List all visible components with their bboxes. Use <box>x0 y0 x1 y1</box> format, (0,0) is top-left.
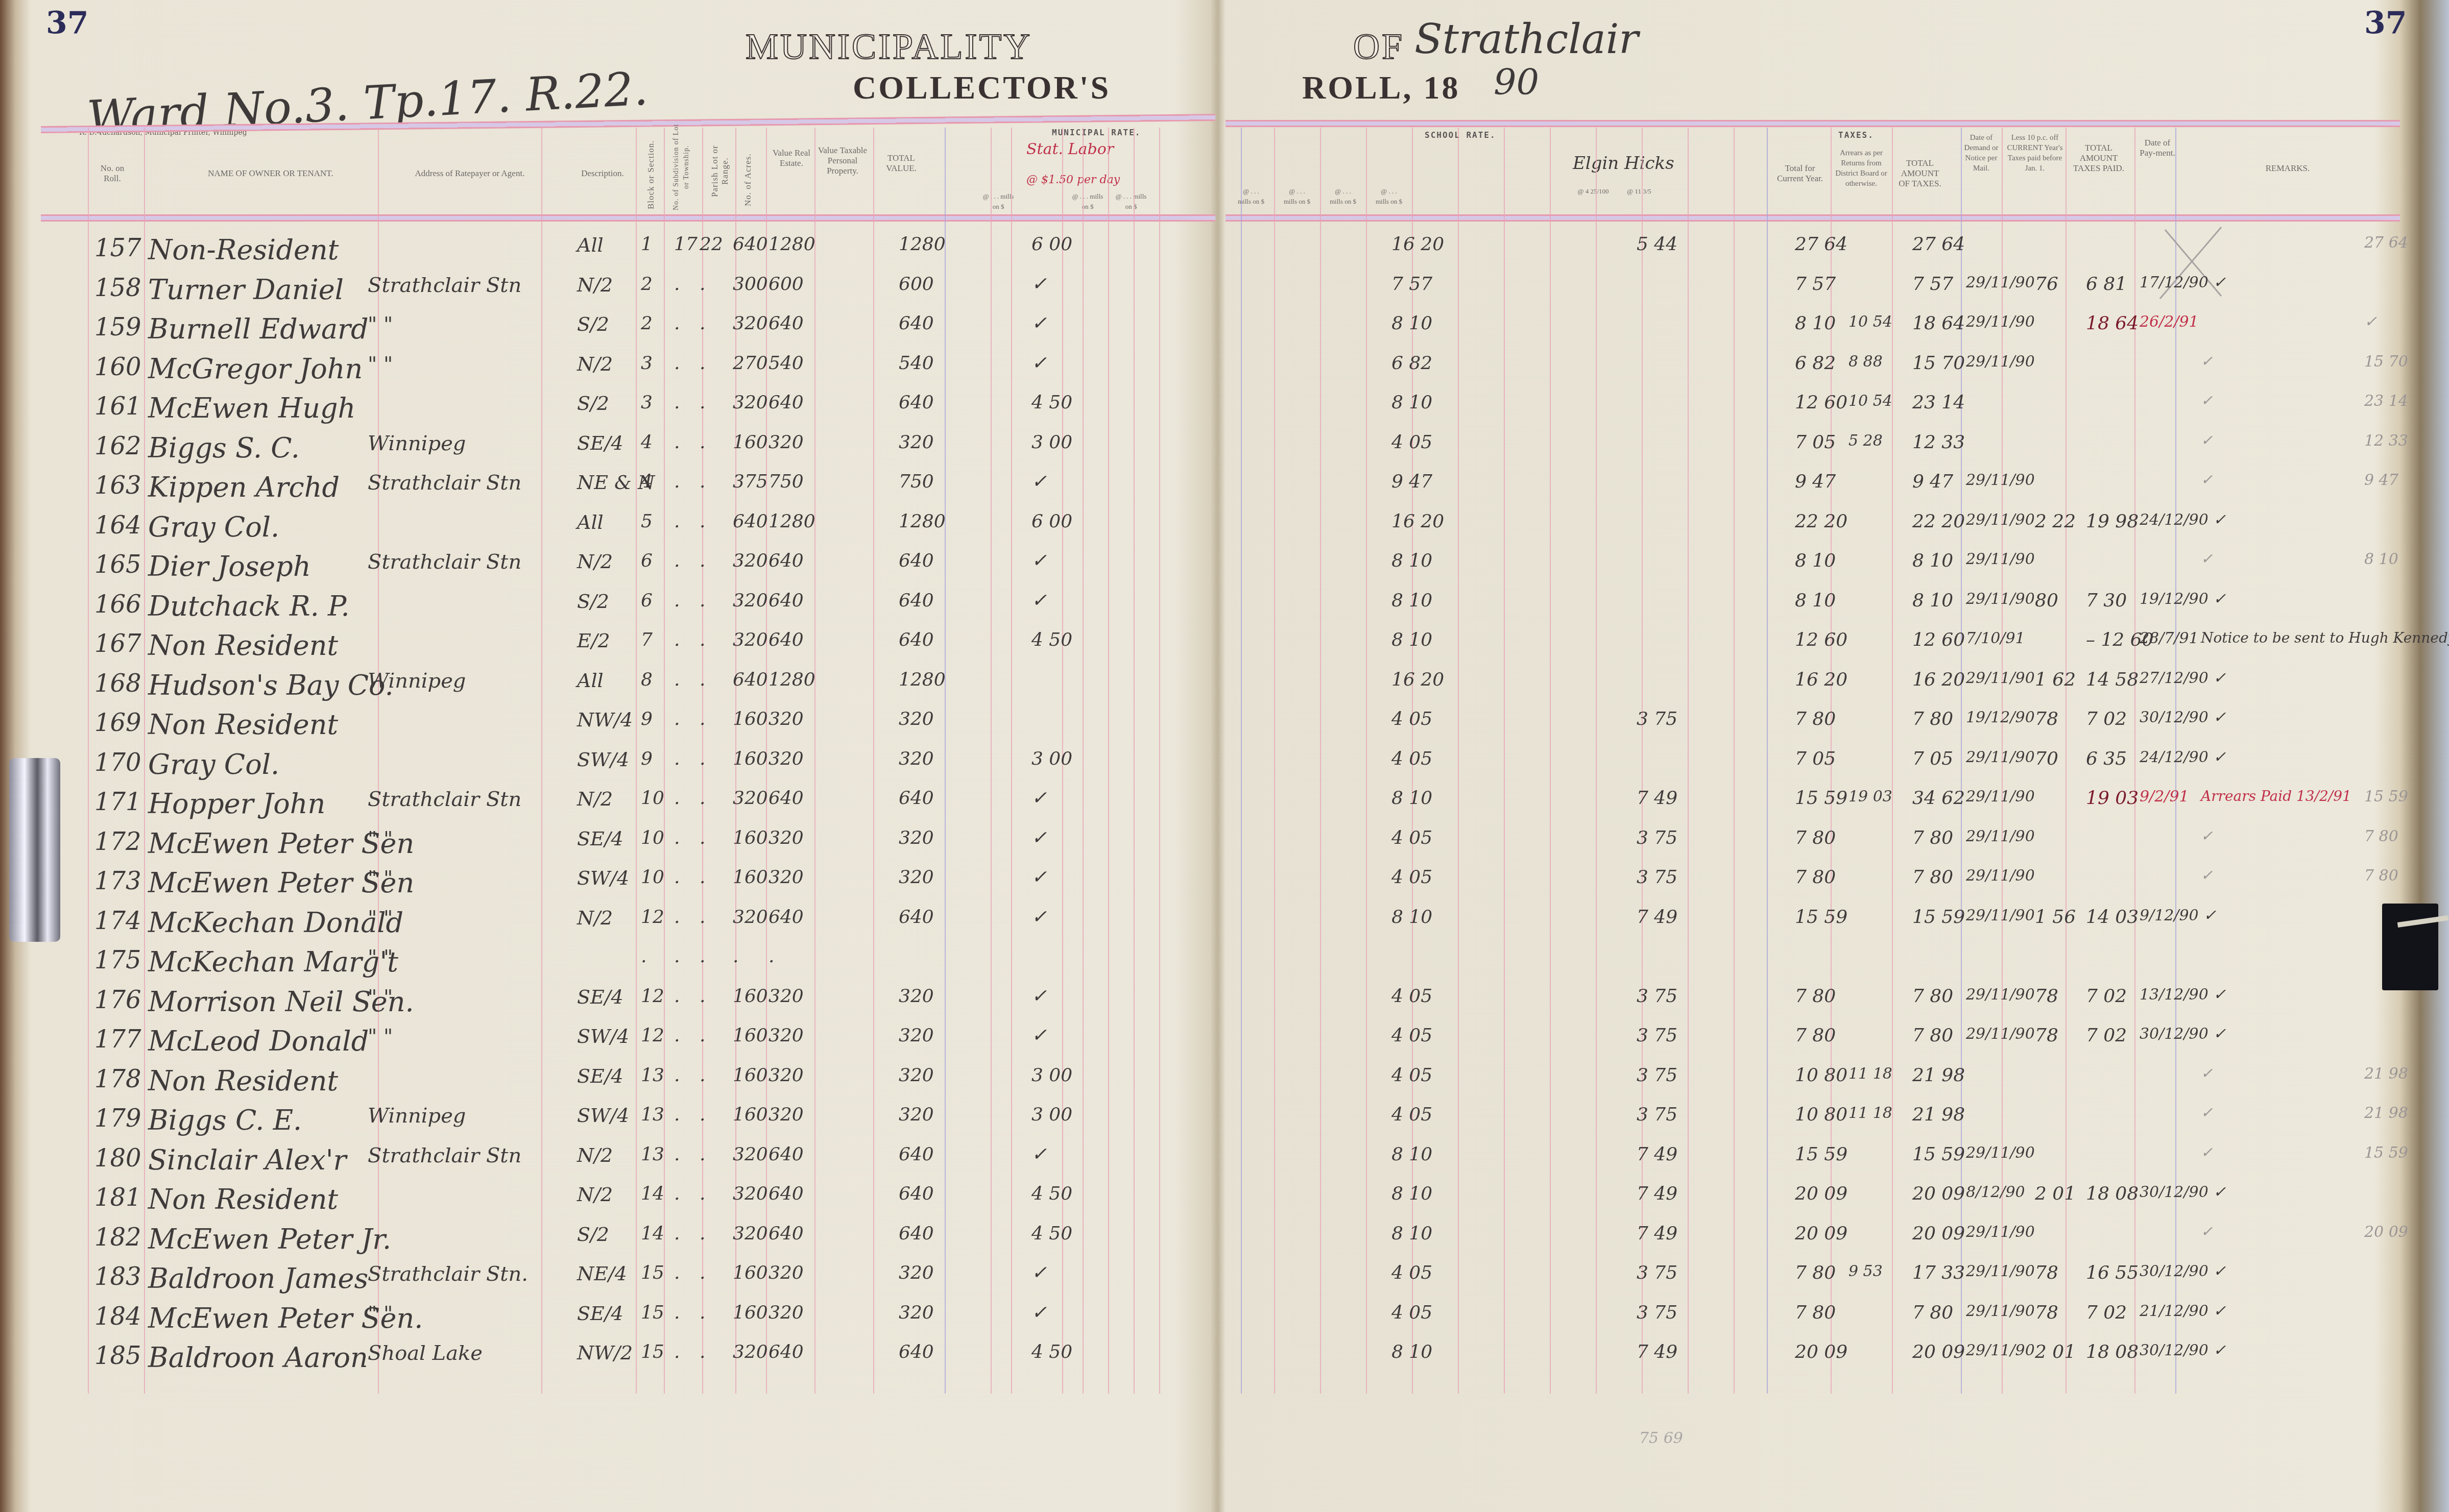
table-row: 164Gray Col.All5..640128012806 0016 2022… <box>0 507 2449 546</box>
acres: . <box>733 946 738 967</box>
subdivision: 17 <box>674 234 698 255</box>
arrears: 10 54 <box>1848 313 1892 331</box>
owner-name: McEwen Hugh <box>148 392 355 424</box>
date-of-payment: 24/12/90 ✓ <box>2140 511 2226 529</box>
school-rate-b: 3 75 <box>1637 827 1677 848</box>
value-real-estate: 640 <box>769 550 804 571</box>
roll-number: 161 <box>94 392 141 421</box>
total-paid: 7 02 <box>2086 709 2127 729</box>
acres: 320 <box>733 550 768 571</box>
owner-name: McEwen Peter Jr. <box>148 1223 391 1255</box>
acres: 320 <box>733 788 768 809</box>
parish-lot: . <box>700 392 705 413</box>
value-real-estate: 320 <box>769 1302 804 1323</box>
school-rate-b: 3 75 <box>1637 709 1677 729</box>
address: Winnipeg <box>368 432 466 455</box>
subdivision: . <box>674 392 680 413</box>
margin-total: 9 47 <box>2364 471 2398 489</box>
total-value: 320 <box>899 867 934 888</box>
acres: 320 <box>733 590 768 611</box>
school-rate-b: 3 75 <box>1637 1262 1677 1283</box>
total-paid: 18 08 <box>2086 1342 2139 1362</box>
school-rate: 4 05 <box>1391 1025 1432 1046</box>
total-value: 640 <box>899 629 934 650</box>
total-amount-taxes: 15 59 <box>1912 1144 1965 1165</box>
total-value: 320 <box>899 986 934 1007</box>
owner-name: Dutchack R. P. <box>148 590 350 622</box>
roll-year: 90 <box>1494 61 1539 103</box>
date-of-payment: 27/12/90 ✓ <box>2140 669 2226 687</box>
parish-lot: . <box>700 1302 705 1323</box>
total-amount-taxes: 23 14 <box>1912 392 1965 413</box>
roll-number: 159 <box>94 313 141 342</box>
value-real-estate: 1280 <box>769 669 815 690</box>
total-amount-taxes: 8 10 <box>1912 590 1953 611</box>
value-real-estate: 320 <box>769 1065 804 1086</box>
municipal-rate: ✓ <box>1031 986 1047 1007</box>
total-amount-taxes: 20 09 <box>1912 1183 1965 1204</box>
total-current-year: 10 80 <box>1795 1065 1847 1086</box>
school-rate: 4 05 <box>1391 1262 1432 1283</box>
table-row: 176Morrison Neil Sen." "SE/412..16032032… <box>0 982 2449 1021</box>
subdivision: . <box>674 1342 680 1362</box>
municipal-rate: 6 00 <box>1031 511 1072 532</box>
margin-total: 15 59 <box>2364 1144 2408 1162</box>
total-paid: 7 02 <box>2086 986 2127 1007</box>
owner-name: Baldroon Aaron <box>148 1342 368 1374</box>
date-of-payment: 28/7/91 <box>2140 629 2199 647</box>
header-mills-4: @ . . . mills on $ <box>1113 191 1149 212</box>
total-value: 1280 <box>899 234 946 255</box>
less-10-percent: 78 <box>2035 986 2058 1007</box>
title-roll: ROLL, 18 <box>1302 69 1460 107</box>
value-real-estate: 640 <box>769 1223 804 1244</box>
parish-lot: . <box>700 748 705 769</box>
margin-total: 8 10 <box>2364 550 2398 568</box>
header-school-rate-a: @ 4 25/100 <box>1575 186 1611 197</box>
date-of-demand: 29/11/90 <box>1966 471 2035 489</box>
total-current-year: 7 80 <box>1795 1262 1836 1283</box>
total-value: 320 <box>899 827 934 848</box>
total-value: 640 <box>899 1223 934 1244</box>
header-description: Description. <box>551 168 654 179</box>
roll-number: 166 <box>94 590 141 619</box>
school-rate: 7 57 <box>1391 274 1432 295</box>
total-value: 1280 <box>899 669 946 690</box>
owner-name: Non-Resident <box>148 234 339 266</box>
table-row: 179Biggs C. E.WinnipegSW/413..1603203203… <box>0 1100 2449 1139</box>
address: " " <box>368 946 393 969</box>
owner-name: McLeod Donald <box>148 1025 369 1057</box>
subdivision: . <box>674 1262 680 1283</box>
margin-total: ✓ <box>2364 313 2377 331</box>
date-of-demand: 29/11/90 <box>1966 590 2035 608</box>
header-top-rule <box>1226 120 2400 127</box>
date-of-payment: 9/12/90 ✓ <box>2140 907 2216 924</box>
description: All <box>577 511 604 533</box>
total-paid: 6 35 <box>2086 748 2127 769</box>
description: S/2 <box>577 313 609 335</box>
school-rate: 8 10 <box>1391 907 1432 928</box>
total-value: 320 <box>899 1065 934 1086</box>
parish-lot: . <box>700 471 705 492</box>
roll-number: 177 <box>94 1025 141 1054</box>
description: S/2 <box>577 392 609 414</box>
total-amount-taxes: 20 09 <box>1912 1223 1965 1244</box>
header-less-10pc: Less 10 p.c. off CURRENT Year's Taxes pa… <box>2007 133 2063 174</box>
description: E/2 <box>577 629 610 652</box>
description: All <box>577 669 604 692</box>
owner-name: Gray Col. <box>148 748 279 781</box>
value-real-estate: 640 <box>769 1144 804 1165</box>
description: N/2 <box>577 1144 613 1166</box>
value-real-estate: 320 <box>769 867 804 888</box>
table-row: 178Non ResidentSE/413..1603203203 004 05… <box>0 1061 2449 1100</box>
subdivision: . <box>674 946 680 967</box>
school-rate-b: 3 75 <box>1637 1025 1677 1046</box>
table-row: 167Non ResidentE/27..3206406404 508 1012… <box>0 625 2449 665</box>
school-rate: 6 82 <box>1391 353 1432 374</box>
value-real-estate: 640 <box>769 1183 804 1204</box>
date-of-payment: 30/12/90 ✓ <box>2140 1262 2226 1280</box>
owner-name: Hopper John <box>148 788 325 820</box>
total-current-year: 8 10 <box>1795 550 1836 571</box>
remarks: ✓ <box>2201 867 2213 884</box>
table-row: 163Kippen ArchdStrathclair StnNE & N4..3… <box>0 467 2449 506</box>
municipal-rate: 3 00 <box>1031 1104 1072 1125</box>
remarks: Notice to be sent to Hugh Kennedy, Norwo… <box>2201 629 2449 646</box>
roll-number: 158 <box>94 274 141 302</box>
subdivision: . <box>674 274 680 295</box>
less-10-percent: 78 <box>2035 1262 2058 1283</box>
acres: 160 <box>733 1302 768 1323</box>
acres: 160 <box>733 1065 768 1086</box>
remarks: ✓ <box>2201 1144 2213 1161</box>
roll-number: 167 <box>94 629 141 658</box>
subdivision: . <box>674 669 680 690</box>
description: N/2 <box>577 353 613 375</box>
description: SW/4 <box>577 1104 629 1127</box>
header-mills-6: @ . . . mills on $ <box>1282 186 1312 207</box>
total-amount-taxes: 7 80 <box>1912 867 1953 888</box>
school-rate: 4 05 <box>1391 867 1432 888</box>
address: " " <box>368 867 393 890</box>
total-amount-taxes: 7 80 <box>1912 986 1953 1007</box>
total-paid: 7 30 <box>2086 590 2127 611</box>
school-rate-b: 3 75 <box>1637 986 1677 1007</box>
value-real-estate: 320 <box>769 432 804 453</box>
subdivision: . <box>674 827 680 848</box>
roll-number: 185 <box>94 1342 141 1370</box>
parish-lot: . <box>700 1342 705 1362</box>
roll-number: 172 <box>94 827 141 856</box>
address: " " <box>368 1025 393 1048</box>
total-amount-taxes: 17 33 <box>1912 1262 1965 1283</box>
owner-name: Dier Joseph <box>148 550 311 582</box>
title-collectors: COLLECTOR'S <box>853 69 1111 107</box>
acres: 640 <box>733 511 768 532</box>
value-real-estate: 320 <box>769 709 804 729</box>
date-of-demand: 29/11/90 <box>1966 1144 2035 1162</box>
school-rate-b: 5 44 <box>1637 234 1677 255</box>
address: " " <box>368 986 393 1009</box>
total-current-year: 10 80 <box>1795 1104 1847 1125</box>
subdivision: . <box>674 986 680 1007</box>
date-of-demand: 29/11/90 <box>1966 1025 2035 1043</box>
remarks: ✓ <box>2201 1065 2213 1082</box>
total-value: 640 <box>899 590 934 611</box>
ledger-book: 37 MUNICIPALITY COLLECTOR'S Ward No.3. T… <box>0 0 2449 1512</box>
parish-lot: . <box>700 1144 705 1165</box>
table-row: 175McKechan Marg't" "..... <box>0 942 2449 981</box>
total-amount-taxes: 27 64 <box>1912 234 1965 255</box>
block-section: 15 <box>641 1342 664 1362</box>
date-of-demand: 29/11/90 <box>1966 669 2035 687</box>
description: SW/4 <box>577 1025 629 1047</box>
subdivision: . <box>674 550 680 571</box>
total-amount-taxes: 16 20 <box>1912 669 1965 690</box>
municipal-rate: 3 00 <box>1031 748 1072 769</box>
owner-name: Non Resident <box>148 1065 338 1097</box>
table-row: 171Hopper JohnStrathclair StnN/210..3206… <box>0 784 2449 823</box>
total-current-year: 27 64 <box>1795 234 1847 255</box>
margin-total: 21 98 <box>2364 1104 2408 1122</box>
header-arrears: Arrears as per Returns from District Boa… <box>1833 148 1889 189</box>
page-number-left: 37 <box>46 5 89 41</box>
total-current-year: 9 47 <box>1795 471 1836 492</box>
municipal-rate: ✓ <box>1031 353 1047 374</box>
total-current-year: 6 82 <box>1795 353 1836 374</box>
date-of-demand: 29/11/90 <box>1966 353 2035 371</box>
roll-number: 165 <box>94 550 141 579</box>
margin-total: 7 80 <box>2364 867 2398 885</box>
owner-name: Biggs C. E. <box>148 1104 302 1136</box>
subdivision: . <box>674 1025 680 1046</box>
roll-number: 160 <box>94 353 141 381</box>
block-section: 10 <box>641 867 664 888</box>
header-block: Block or Section. <box>646 138 656 212</box>
address: Strathclair Stn <box>368 550 521 574</box>
total-amount-taxes: 34 62 <box>1912 788 1965 809</box>
parish-lot: . <box>700 274 705 295</box>
subdivision: . <box>674 1183 680 1204</box>
total-amount-taxes: 12 33 <box>1912 432 1965 453</box>
block-section: 13 <box>641 1104 664 1125</box>
school-rate: 8 10 <box>1391 590 1432 611</box>
parish-lot: . <box>700 827 705 848</box>
header-value-real: Value Real Estate. <box>771 148 812 168</box>
block-section: 10 <box>641 827 664 848</box>
date-of-demand: 29/11/90 <box>1966 550 2035 568</box>
date-of-demand: 29/11/90 <box>1966 827 2035 845</box>
school-rate-b: 7 49 <box>1637 788 1677 809</box>
municipal-rate-note: @ $1.50 per day <box>1026 174 1120 186</box>
municipal-rate: ✓ <box>1031 1302 1047 1323</box>
less-10-percent: 2 01 <box>2035 1342 2076 1362</box>
roll-number: 178 <box>94 1065 141 1093</box>
parish-lot: . <box>700 1104 705 1125</box>
roll-number: 162 <box>94 432 141 460</box>
total-value: 320 <box>899 1104 934 1125</box>
description: SE/4 <box>577 986 623 1008</box>
roll-number: 169 <box>94 709 141 737</box>
total-paid: 7 02 <box>2086 1025 2127 1046</box>
municipal-rate: 6 00 <box>1031 234 1072 255</box>
acres: 160 <box>733 748 768 769</box>
less-10-percent: 76 <box>2035 274 2058 295</box>
parish-lot: . <box>700 511 705 532</box>
date-of-demand: 29/11/90 <box>1966 907 2035 924</box>
total-current-year: 15 59 <box>1795 1144 1847 1165</box>
school-rate: 8 10 <box>1391 313 1432 334</box>
header-mills-8: @ . . . mills on $ <box>1374 186 1404 207</box>
parish-lot: . <box>700 788 705 809</box>
owner-name: Hudson's Bay Co. <box>148 669 394 701</box>
total-paid: 16 55 <box>2086 1262 2139 1283</box>
total-value: 540 <box>899 353 934 374</box>
total-amount-taxes: 7 80 <box>1912 1302 1953 1323</box>
date-of-demand: 29/11/90 <box>1966 986 2035 1004</box>
roll-number: 164 <box>94 511 141 540</box>
municipal-rate: ✓ <box>1031 788 1047 809</box>
table-row: 160McGregor John" "N/23..270540540✓6 826… <box>0 349 2449 388</box>
subdivision: . <box>674 907 680 928</box>
block-section: 5 <box>641 511 653 532</box>
total-paid: 19 03 <box>2086 788 2139 809</box>
header-school-rate-b: @ 11 3/5 <box>1621 186 1657 197</box>
municipal-rate: ✓ <box>1031 907 1047 928</box>
total-amount-taxes: 9 47 <box>1912 471 1953 492</box>
date-of-demand: 19/12/90 <box>1966 709 2035 726</box>
total-current-year: 20 09 <box>1795 1223 1847 1244</box>
less-10-percent: 2 01 <box>2035 1183 2076 1204</box>
subdivision: . <box>674 709 680 729</box>
parish-lot: . <box>700 313 705 334</box>
margin-total: 12 33 <box>2364 432 2408 450</box>
table-row: 158Turner DanielStrathclair StnN/22..300… <box>0 270 2449 309</box>
value-real-estate: 320 <box>769 748 804 769</box>
remarks: ✓ <box>2201 550 2213 567</box>
municipal-rate: ✓ <box>1031 1144 1047 1165</box>
owner-name: Gray Col. <box>148 511 279 543</box>
table-row: 182McEwen Peter Jr.S/214..3206406404 508… <box>0 1219 2449 1258</box>
school-district-note: Elgin Hicks <box>1573 153 1674 174</box>
block-section: 14 <box>641 1223 664 1244</box>
school-rate: 4 05 <box>1391 709 1432 729</box>
acres: 640 <box>733 234 768 255</box>
total-current-year: 20 09 <box>1795 1183 1847 1204</box>
roll-number: 179 <box>94 1104 141 1133</box>
value-real-estate: 750 <box>769 471 804 492</box>
table-row: 157Non-ResidentAll11722640128012806 0016… <box>0 230 2449 269</box>
total-value: 750 <box>899 471 934 492</box>
block-section: 4 <box>641 432 653 453</box>
less-10-percent: 1 56 <box>2035 907 2076 928</box>
block-section: 7 <box>641 629 653 650</box>
margin-total: 15 70 <box>2364 353 2408 371</box>
value-real-estate: 320 <box>769 1262 804 1283</box>
school-rate: 16 20 <box>1391 234 1444 255</box>
parish-lot: . <box>700 550 705 571</box>
parish-lot: . <box>700 669 705 690</box>
remarks: ✓ <box>2201 827 2213 844</box>
remarks: ✓ <box>2201 1223 2213 1240</box>
parish-lot: . <box>700 629 705 650</box>
total-current-year: 7 80 <box>1795 986 1836 1007</box>
parish-lot: . <box>700 1223 705 1244</box>
municipal-rate: 4 50 <box>1031 392 1072 413</box>
address: Strathclair Stn <box>368 274 521 297</box>
school-rate: 4 05 <box>1391 1104 1432 1125</box>
header-acres: No. of Acres. <box>743 148 753 212</box>
block-section: 13 <box>641 1144 664 1165</box>
acres: 320 <box>733 907 768 928</box>
table-row: 173McEwen Peter Sen" "SW/410..160320320✓… <box>0 863 2449 902</box>
header-date-payment: Date of Pay-ment. <box>2140 138 2175 158</box>
roll-number: 180 <box>94 1144 141 1173</box>
description: N/2 <box>577 788 613 810</box>
acres: 320 <box>733 1183 768 1204</box>
value-real-estate: 640 <box>769 629 804 650</box>
value-real-estate: 640 <box>769 313 804 334</box>
total-current-year: 7 80 <box>1795 709 1836 729</box>
total-current-year: 7 05 <box>1795 432 1836 453</box>
acres: 320 <box>733 392 768 413</box>
address: " " <box>368 827 393 851</box>
subdivision: . <box>674 1065 680 1086</box>
school-rate: 4 05 <box>1391 1065 1432 1086</box>
municipal-rate: ✓ <box>1031 274 1047 295</box>
total-amount-taxes: 15 59 <box>1912 907 1965 928</box>
owner-name: Biggs S. C. <box>148 432 300 464</box>
school-rate-b: 3 75 <box>1637 867 1677 888</box>
margin-total: 21 98 <box>2364 1065 2408 1083</box>
description: S/2 <box>577 1223 609 1246</box>
total-paid: 14 03 <box>2086 907 2139 928</box>
date-of-demand: 8/12/90 <box>1966 1183 2025 1201</box>
date-of-demand: 29/11/90 <box>1966 1342 2035 1359</box>
date-of-payment: 19/12/90 ✓ <box>2140 590 2226 608</box>
subdivision: . <box>674 313 680 334</box>
municipal-rate: 4 50 <box>1031 1342 1072 1362</box>
table-row: 174McKechan Donald" "N/212..320640640✓8 … <box>0 903 2449 942</box>
arrears: 8 88 <box>1848 353 1883 371</box>
total-value: 320 <box>899 432 934 453</box>
description: SE/4 <box>577 1065 623 1087</box>
value-real-estate: 640 <box>769 907 804 928</box>
total-current-year: 15 59 <box>1795 788 1847 809</box>
description: S/2 <box>577 590 609 613</box>
description: All <box>577 234 604 256</box>
margin-total: 27 64 <box>2364 234 2408 252</box>
total-value: 1280 <box>899 511 946 532</box>
total-amount-taxes: 18 64 <box>1912 313 1965 334</box>
total-current-year: 22 20 <box>1795 511 1847 532</box>
school-b-column-total: 75 69 <box>1639 1429 1683 1447</box>
block-section: 10 <box>641 788 664 809</box>
value-real-estate: 320 <box>769 827 804 848</box>
value-real-estate: . <box>769 946 774 967</box>
parish-lot: . <box>700 590 705 611</box>
description: SE/4 <box>577 1302 623 1325</box>
header-name: NAME OF OWNER OR TENANT. <box>163 168 378 179</box>
subdivision: . <box>674 471 680 492</box>
address: " " <box>368 353 393 376</box>
municipal-rate: 3 00 <box>1031 432 1072 453</box>
school-rate-b: 7 49 <box>1637 1342 1677 1362</box>
block-section: 15 <box>641 1302 664 1323</box>
municipal-rate: 4 50 <box>1031 1223 1072 1244</box>
